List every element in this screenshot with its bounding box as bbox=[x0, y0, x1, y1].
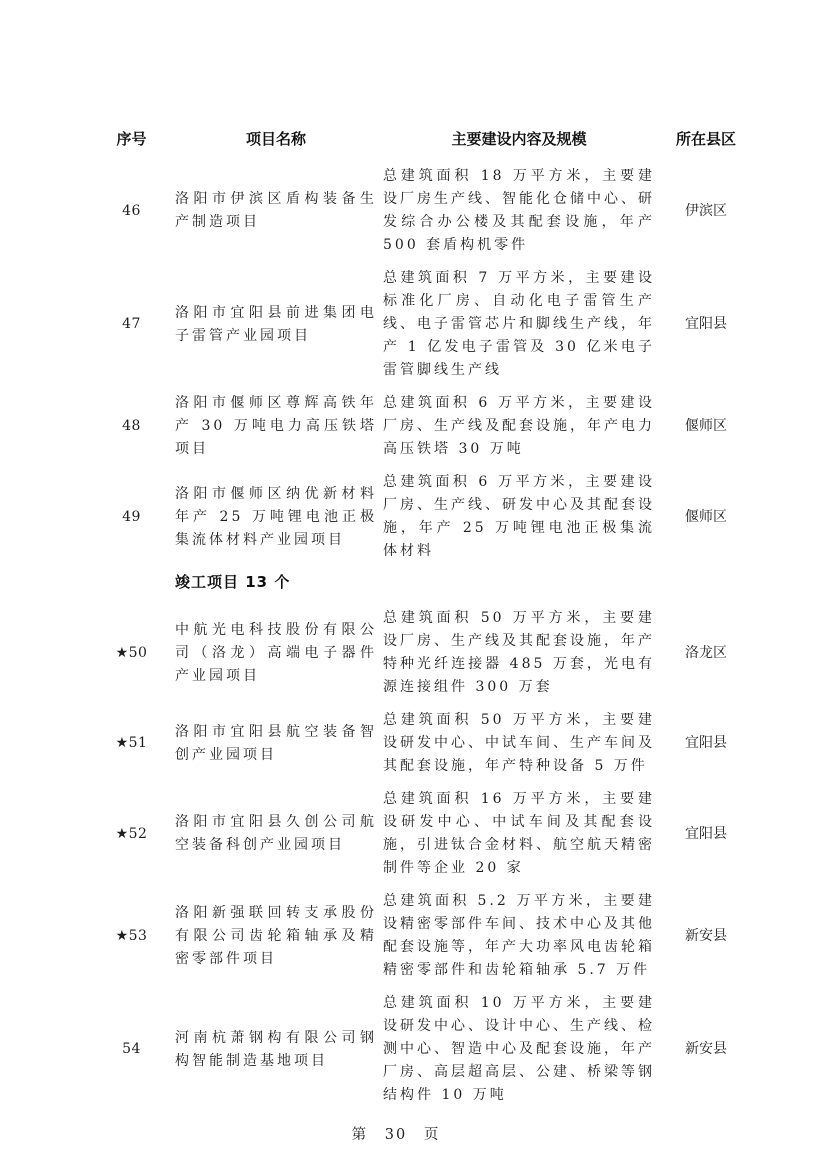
table-row: 48洛阳市偃师区尊辉高铁年产 30 万吨电力高压铁塔项目总建筑面积 6 万平方米… bbox=[100, 392, 752, 461]
construction-content-cell: 总建筑面积 50 万平方米，主要建设厂房、生产线及其配套设施，年产特种光纤连接器… bbox=[383, 607, 660, 699]
column-header-project-name: 项目名称 bbox=[175, 130, 383, 148]
row-serial-number: ★50 bbox=[100, 642, 175, 665]
column-header-content-scale: 主要建设内容及规模 bbox=[383, 130, 660, 148]
district-cell: 新安县 bbox=[660, 1038, 752, 1061]
table-row: ★50中航光电科技股份有限公司（洛龙）高端电子器件产业园项目总建筑面积 50 万… bbox=[100, 607, 752, 699]
column-header-district: 所在县区 bbox=[660, 130, 752, 148]
district-cell: 伊滨区 bbox=[660, 200, 752, 223]
table-row: 46洛阳市伊滨区盾构装备生产制造项目总建筑面积 18 万平方米，主要建设厂房生产… bbox=[100, 165, 752, 257]
construction-content-cell: 总建筑面积 18 万平方米，主要建设厂房生产线、智能化仓储中心、研发综合办公楼及… bbox=[383, 165, 660, 257]
page-number: 第 30 页 bbox=[70, 1123, 722, 1144]
project-name-cell: 洛阳市宜阳县航空装备智创产业园项目 bbox=[175, 721, 383, 767]
district-cell: 宜阳县 bbox=[660, 732, 752, 755]
construction-content-cell: 总建筑面积 16 万平方米，主要建设研发中心、中试车间及其配套设施，引进钛合金材… bbox=[383, 788, 660, 880]
project-name-cell: 洛阳新强联回转支承股份有限公司齿轮箱轴承及精密零部件项目 bbox=[175, 902, 383, 971]
district-cell: 洛龙区 bbox=[660, 642, 752, 665]
table-row: 47洛阳市宜阳县前进集团电子雷管产业园项目总建筑面积 7 万平方米，主要建设标准… bbox=[100, 267, 752, 382]
construction-content-cell: 总建筑面积 5.2 万平方米，主要建设精密零部件车间、技术中心及其他配套设施等，… bbox=[383, 890, 660, 982]
project-name-cell: 洛阳市偃师区尊辉高铁年产 30 万吨电力高压铁塔项目 bbox=[175, 392, 383, 461]
construction-content-cell: 总建筑面积 6 万平方米，主要建设厂房、生产线、研发中心及其配套设施，年产 25… bbox=[383, 471, 660, 563]
row-serial-number: 47 bbox=[100, 313, 175, 336]
project-name-cell: 洛阳市伊滨区盾构装备生产制造项目 bbox=[175, 188, 383, 234]
row-serial-number: ★53 bbox=[100, 925, 175, 948]
row-serial-number: 48 bbox=[100, 415, 175, 438]
construction-content-cell: 总建筑面积 10 万平方米，主要建设研发中心、设计中心、生产线、检测中心、智造中… bbox=[383, 992, 660, 1107]
district-cell: 偃师区 bbox=[660, 506, 752, 529]
row-serial-number: 54 bbox=[100, 1038, 175, 1061]
row-serial-number: 46 bbox=[100, 200, 175, 223]
table-row: ★51洛阳市宜阳县航空装备智创产业园项目总建筑面积 50 万平方米，主要建设研发… bbox=[100, 709, 752, 778]
construction-content-cell: 总建筑面积 7 万平方米，主要建设标准化厂房、自动化电子雷管生产线、电子雷管芯片… bbox=[383, 267, 660, 382]
district-cell: 新安县 bbox=[660, 925, 752, 948]
project-name-cell: 中航光电科技股份有限公司（洛龙）高端电子器件产业园项目 bbox=[175, 619, 383, 688]
table-row: ★52洛阳市宜阳县久创公司航空装备科创产业园项目总建筑面积 16 万平方米，主要… bbox=[100, 788, 752, 880]
project-name-cell: 洛阳市宜阳县前进集团电子雷管产业园项目 bbox=[175, 302, 383, 348]
project-name-cell: 洛阳市宜阳县久创公司航空装备科创产业园项目 bbox=[175, 811, 383, 857]
row-serial-number: ★51 bbox=[100, 732, 175, 755]
table-body: 46洛阳市伊滨区盾构装备生产制造项目总建筑面积 18 万平方米，主要建设厂房生产… bbox=[100, 165, 826, 1107]
project-name-cell: 河南杭萧钢构有限公司钢构智能制造基地项目 bbox=[175, 1027, 383, 1073]
column-header-serial: 序号 bbox=[100, 130, 175, 148]
district-cell: 偃师区 bbox=[660, 415, 752, 438]
document-page: 序号 项目名称 主要建设内容及规模 所在县区 46洛阳市伊滨区盾构装备生产制造项… bbox=[0, 0, 826, 1169]
table-header: 序号 项目名称 主要建设内容及规模 所在县区 bbox=[100, 130, 752, 148]
table-row: 49洛阳市偃师区纳优新材料年产 25 万吨锂电池正极集流体材料产业园项目总建筑面… bbox=[100, 471, 752, 563]
table-row: ★53洛阳新强联回转支承股份有限公司齿轮箱轴承及精密零部件项目总建筑面积 5.2… bbox=[100, 890, 752, 982]
district-cell: 宜阳县 bbox=[660, 313, 752, 336]
project-name-cell: 洛阳市偃师区纳优新材料年产 25 万吨锂电池正极集流体材料产业园项目 bbox=[175, 483, 383, 552]
construction-content-cell: 总建筑面积 50 万平方米，主要建设研发中心、中试车间、生产车间及其配套设施，年… bbox=[383, 709, 660, 778]
construction-content-cell: 总建筑面积 6 万平方米，主要建设厂房、生产线及配套设施，年产电力高压铁塔 30… bbox=[383, 392, 660, 461]
district-cell: 宜阳县 bbox=[660, 823, 752, 846]
table-row: 54河南杭萧钢构有限公司钢构智能制造基地项目总建筑面积 10 万平方米，主要建设… bbox=[100, 992, 752, 1107]
section-heading: 竣工项目 13 个 bbox=[175, 573, 826, 591]
row-serial-number: ★52 bbox=[100, 823, 175, 846]
row-serial-number: 49 bbox=[100, 506, 175, 529]
